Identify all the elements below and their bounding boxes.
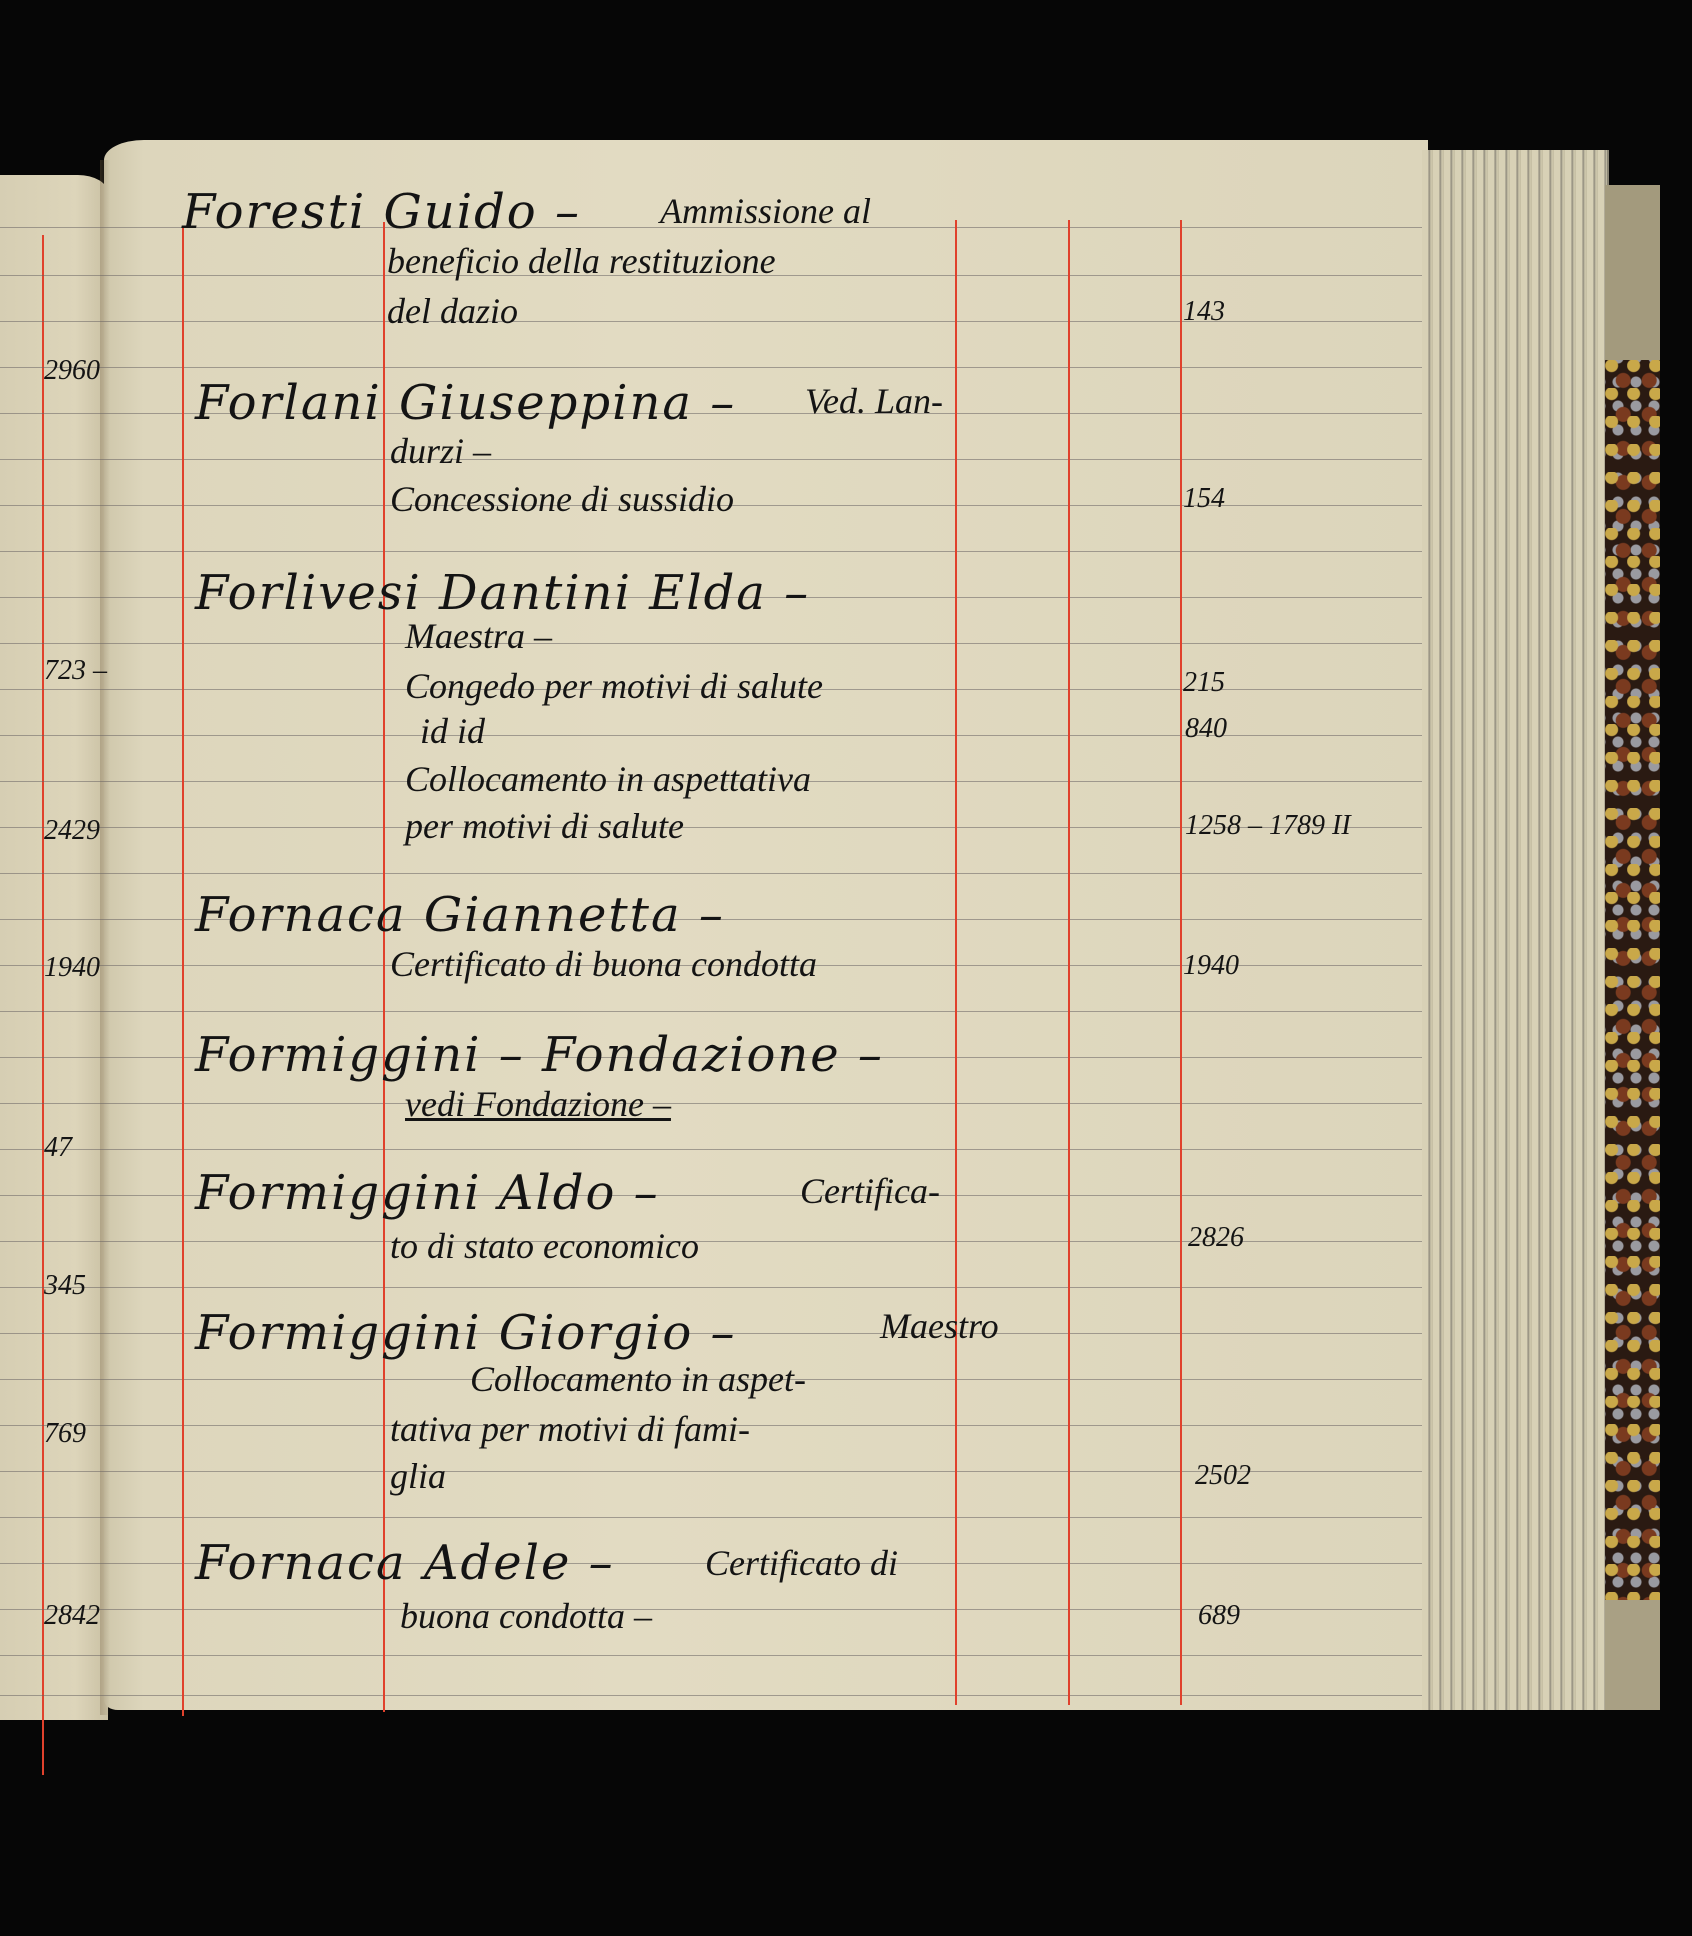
- entry-name: Forlani Giuseppina –: [195, 375, 736, 431]
- entry-line: buona condotta –: [400, 1595, 652, 1637]
- entry-line: Concessione di sussidio: [390, 478, 734, 520]
- left-margin-ref: 47: [44, 1132, 72, 1164]
- entry-line: Congedo per motivi di salute: [405, 665, 823, 707]
- left-margin-ref: 723 –: [44, 655, 107, 687]
- entry-line: per motivi di salute: [405, 805, 684, 847]
- left-margin-ref: 2429: [44, 815, 100, 847]
- entry-line: to di stato economico: [390, 1225, 699, 1267]
- entry-line: Ammissione al: [660, 190, 871, 232]
- cover-corner-top: [1605, 185, 1660, 360]
- entry-line: Certificato di buona condotta: [390, 943, 817, 985]
- page-ref: 215: [1183, 667, 1225, 699]
- red-rule-col-3: [1180, 220, 1182, 1705]
- entry-line: Certifica-: [800, 1170, 940, 1212]
- marbled-cover: [1605, 360, 1660, 1600]
- red-rule-col-1: [955, 220, 957, 1705]
- entry-line: Certificato di: [705, 1542, 898, 1584]
- left-margin-ref: 2960: [44, 355, 100, 387]
- page-ref: 154: [1183, 483, 1225, 515]
- entry-name: Fornaca Adele –: [195, 1535, 615, 1591]
- entry-line: Maestro: [880, 1305, 999, 1347]
- entry-line: Collocamento in aspet-: [470, 1358, 806, 1400]
- left-margin-ref: 769: [44, 1418, 86, 1450]
- page-ref: 840: [1185, 713, 1227, 745]
- red-rule-name-column: [383, 222, 385, 1712]
- cross-reference: vedi Fondazione –: [405, 1083, 671, 1125]
- entry-line: Ved. Lan-: [805, 380, 943, 422]
- book-gutter: [100, 160, 110, 1715]
- entry-name: Foresti Guido –: [182, 184, 581, 240]
- entry-line: id id: [420, 710, 485, 752]
- entry-name: Fornaca Giannetta –: [195, 887, 725, 943]
- page-ref: 689: [1198, 1600, 1240, 1632]
- page-ref: 2826: [1188, 1222, 1244, 1254]
- entry-line: beneficio della restituzione: [387, 240, 776, 282]
- left-margin-ref: 1940: [44, 952, 100, 984]
- left-margin-ref: 345: [44, 1270, 86, 1302]
- page-ref: 2502: [1195, 1460, 1251, 1492]
- left-page-edge: [0, 175, 108, 1720]
- entry-line: Maestra –: [405, 615, 552, 657]
- red-rule-margin: [182, 226, 184, 1716]
- entry-name: Formiggini Aldo –: [195, 1165, 660, 1221]
- page-stack: [1422, 150, 1609, 1710]
- entry-line: Collocamento in aspettativa: [405, 758, 811, 800]
- cover-corner-bottom: [1605, 1600, 1660, 1710]
- entry-line: durzi –: [390, 430, 491, 472]
- entry-line: glia: [390, 1455, 446, 1497]
- entry-line: tativa per motivi di fami-: [390, 1408, 750, 1450]
- page-ref: 1258 – 1789 II: [1185, 810, 1351, 842]
- entry-line: del dazio: [387, 290, 518, 332]
- red-rule-col-2: [1068, 220, 1070, 1705]
- left-page-red-rule: [42, 235, 44, 1775]
- entry-name: Formiggini Giorgio –: [195, 1305, 737, 1361]
- left-margin-ref: 2842: [44, 1600, 100, 1632]
- page-ref: 143: [1183, 296, 1225, 328]
- page-ref: 1940: [1183, 950, 1239, 982]
- entry-name: Forlivesi Dantini Elda –: [195, 565, 810, 621]
- entry-name: Formiggini – Fondazione –: [195, 1027, 884, 1083]
